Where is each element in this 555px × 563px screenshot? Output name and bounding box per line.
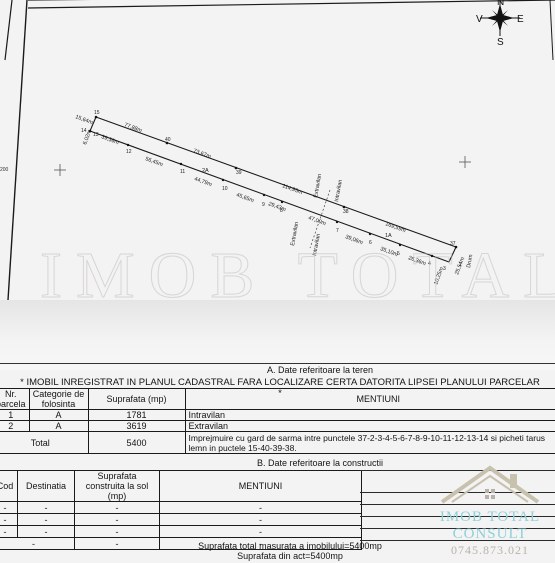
svg-text:10: 10: [222, 186, 228, 192]
table-row: - - - -: [0, 502, 362, 514]
svg-text:13: 13: [93, 132, 99, 138]
logo-line-1: IMOB TOTAL: [430, 509, 550, 526]
section-a-title: A. Date referitoare la teren: [170, 365, 470, 375]
svg-text:39: 39: [236, 170, 242, 176]
side-label: 200: [0, 167, 9, 173]
svg-text:114,95m: 114,95m: [281, 183, 303, 196]
land-data-table: Nr. parcela Categorie de folosinta Supra…: [0, 388, 555, 454]
svg-text:38: 38: [343, 209, 349, 215]
svg-text:2A: 2A: [202, 168, 209, 174]
header-destinatia: Destinatia: [18, 471, 75, 502]
section-b-title: B. Date referitoare la constructii: [170, 458, 470, 468]
svg-text:39,36m: 39,36m: [100, 134, 120, 146]
svg-text:40: 40: [165, 137, 171, 143]
header-nr-parcela: Nr. parcela: [0, 389, 29, 410]
table-row: 2 A 3619 Extravilan: [0, 421, 555, 432]
svg-text:15: 15: [94, 110, 100, 116]
table-row-total: Total 5400 Imprejmuire cu gard de sarma …: [0, 432, 555, 454]
svg-text:9: 9: [262, 202, 265, 208]
compass-north: N: [497, 0, 504, 8]
table-row: - - - -: [0, 526, 362, 538]
svg-text:15,64m: 15,64m: [74, 114, 94, 126]
paper-fold-shadow: [0, 300, 555, 370]
header-mentiuni: MENTIUNI: [185, 389, 555, 410]
house-roof-icon: [430, 462, 550, 504]
table-row: - - - -: [0, 514, 362, 526]
compass-east: E: [517, 14, 524, 25]
header-cod: Cod: [0, 471, 18, 502]
logo-phone: 0745.873.021: [430, 543, 550, 557]
logo-line-2: CONSULT: [430, 526, 550, 543]
header-mentiuni-b: MENTIUNI: [160, 471, 362, 502]
measured-surface: Suprafata total masurata a imobilului=54…: [150, 541, 430, 551]
svg-text:77,88m: 77,88m: [123, 122, 143, 134]
company-logo: IMOB TOTAL CONSULT 0745.873.021: [430, 462, 550, 557]
svg-text:7: 7: [336, 228, 339, 234]
svg-text:56,45m: 56,45m: [144, 156, 164, 168]
svg-text:29,43m: 29,43m: [267, 201, 287, 213]
table-row: 1 A 1781 Intravilan: [0, 410, 555, 421]
construction-data-table: Cod Destinatia Suprafata construita la s…: [0, 470, 362, 550]
watermark-text: IMOB TOTAL: [40, 238, 540, 308]
compass-west: V: [476, 14, 483, 25]
surface-summary: Suprafata total masurata a imobilului=54…: [150, 541, 430, 561]
compass-south: S: [497, 37, 504, 48]
header-suprafata-construita: Suprafata construita la sol (mp): [75, 471, 160, 502]
svg-text:12: 12: [126, 149, 132, 155]
svg-text:73,67m: 73,67m: [192, 148, 212, 160]
svg-text:Extravilan: Extravilan: [313, 174, 323, 199]
svg-text:44,79m: 44,79m: [193, 176, 213, 188]
header-suprafata: Suprafata (mp): [88, 389, 185, 410]
svg-text:45,65m: 45,65m: [235, 192, 255, 204]
total-note: Imprejmuire cu gard de sarma intre punct…: [185, 432, 555, 454]
total-label: Total: [0, 432, 88, 454]
act-surface: Suprafata din act=5400mp: [150, 551, 430, 561]
svg-text:47,00m: 47,00m: [307, 215, 327, 227]
total-value: 5400: [88, 432, 185, 454]
header-categorie: Categorie de folosinta: [29, 389, 88, 410]
svg-text:11: 11: [180, 169, 185, 175]
registration-marks: [54, 156, 471, 176]
svg-text:Intravilan: Intravilan: [334, 179, 344, 202]
cadastral-sheet: N S E V 200 15: [0, 0, 555, 563]
